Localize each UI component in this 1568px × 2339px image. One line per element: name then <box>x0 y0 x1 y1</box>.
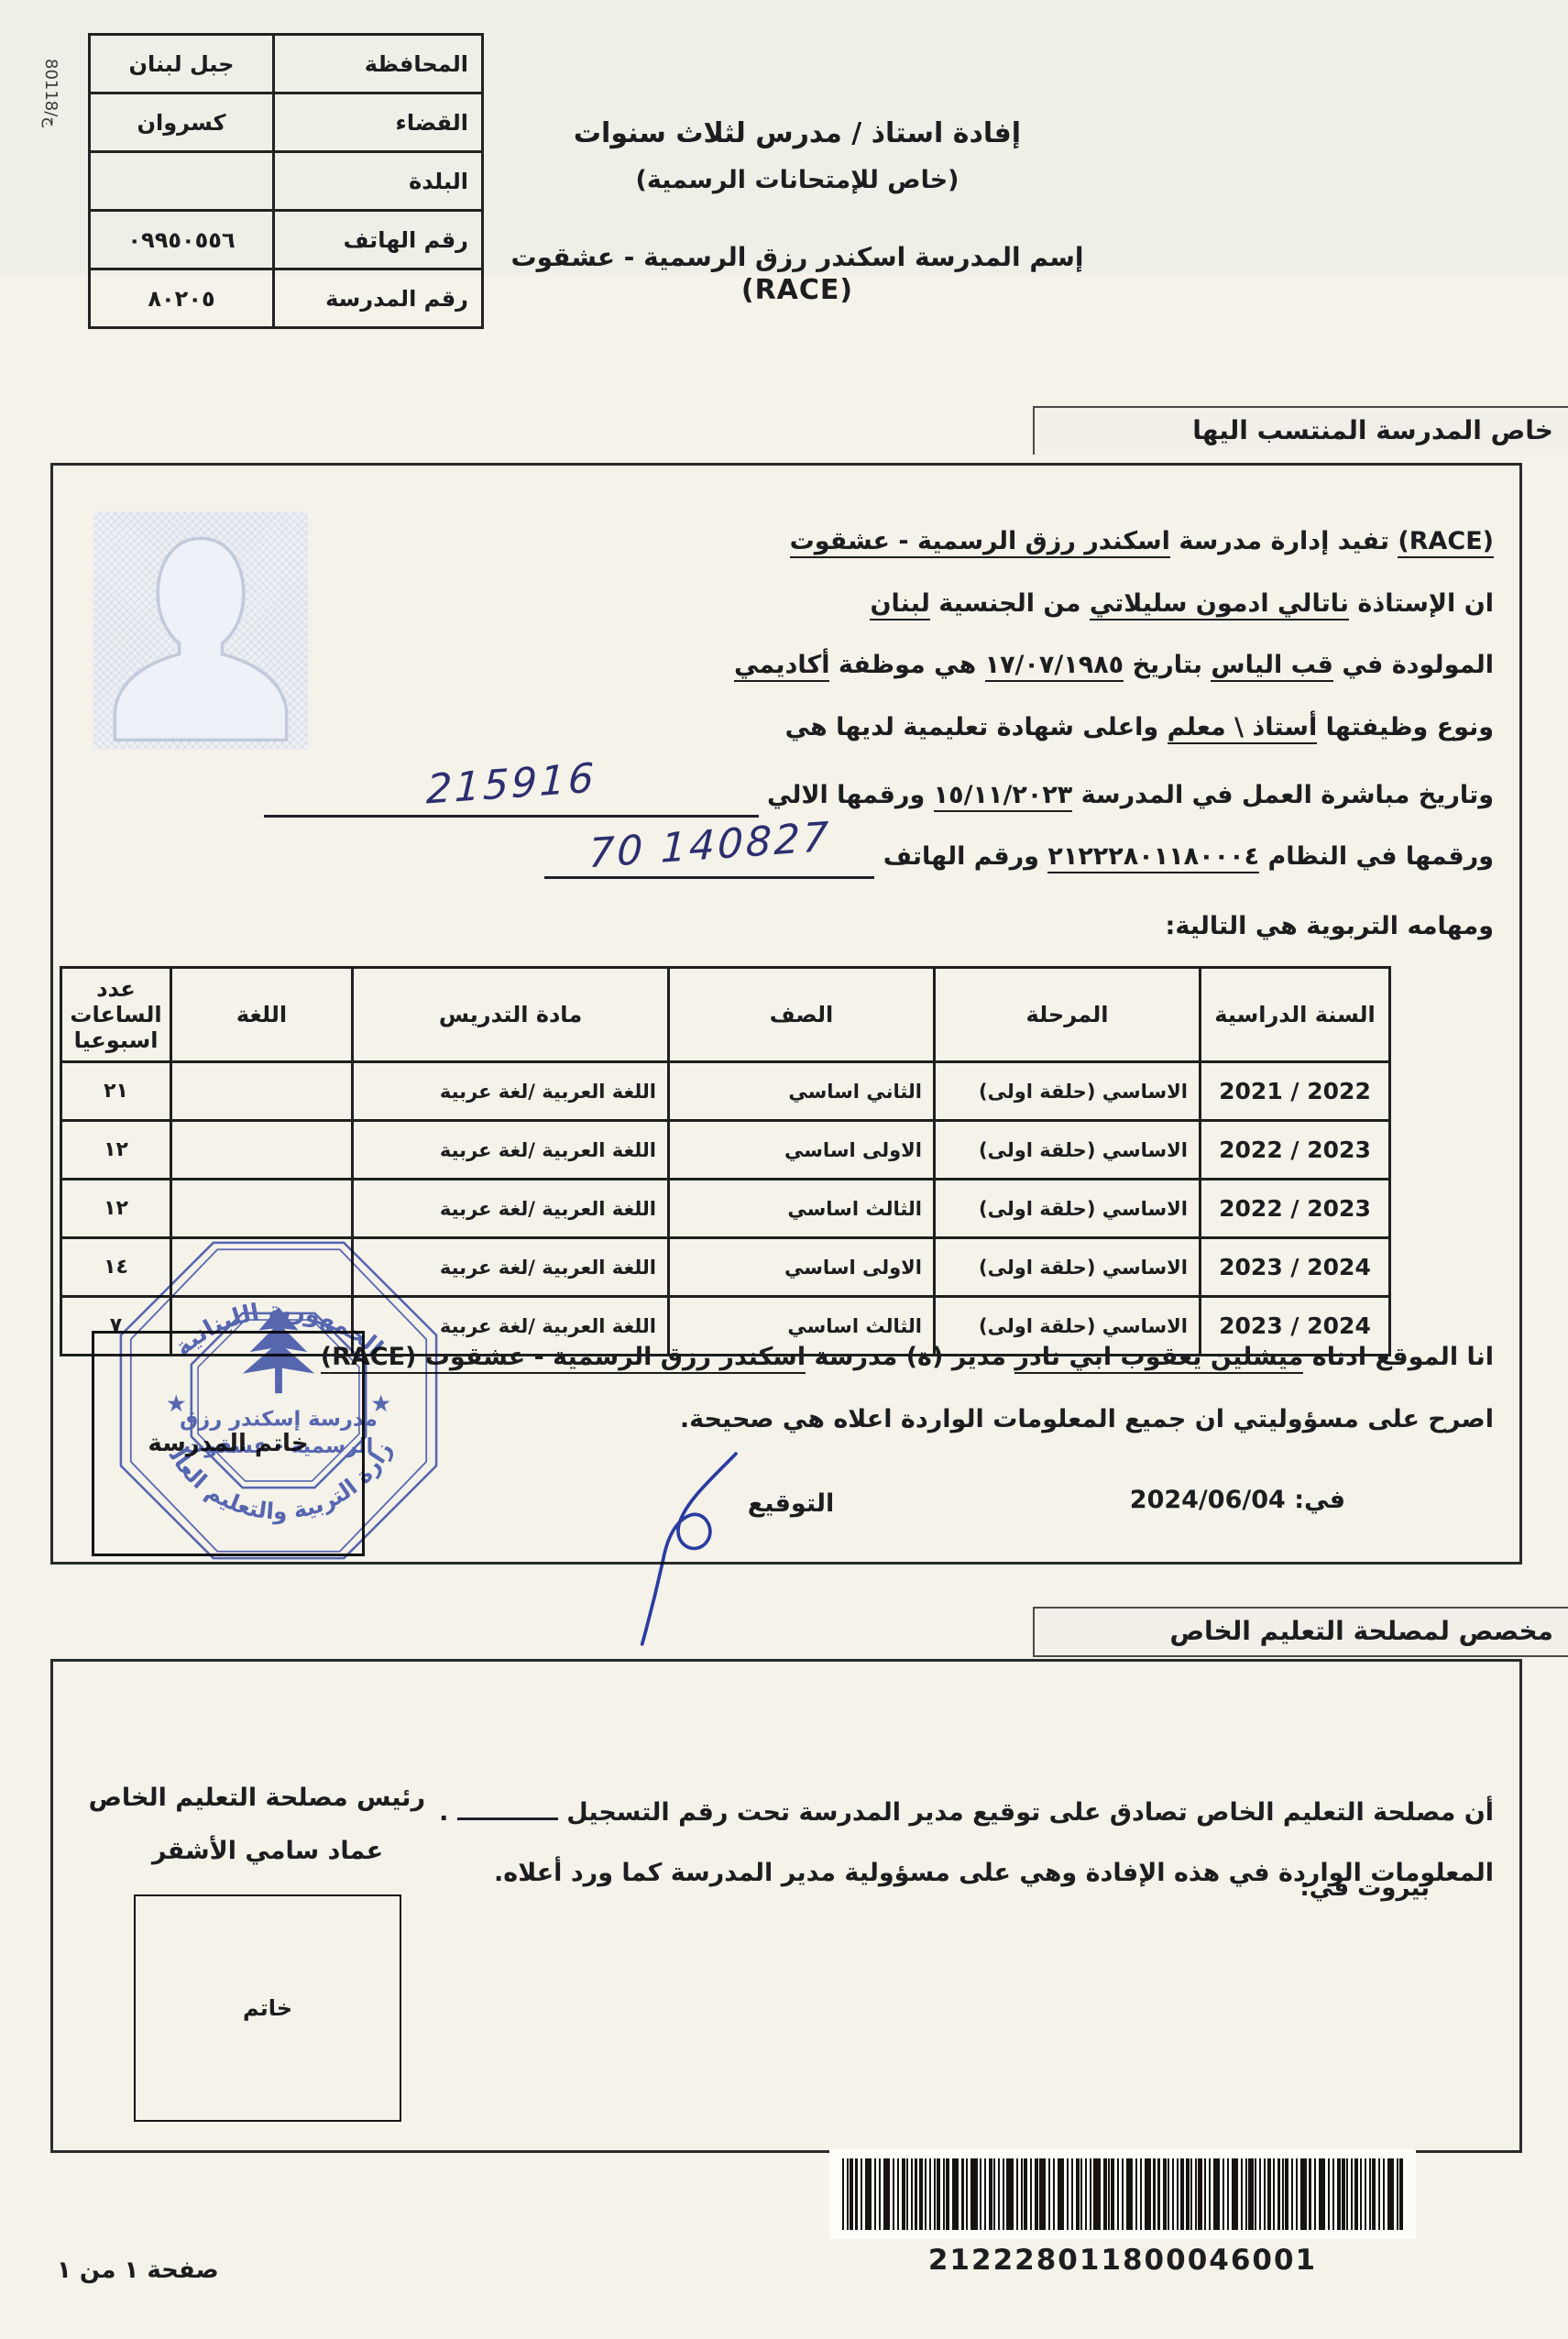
date-label: في: <box>1294 1486 1345 1514</box>
private-text-a: أن مصلحة التعليم الخاص تصادق على توقيع م… <box>566 1798 1494 1827</box>
governorate-label: المحافظة <box>274 35 483 93</box>
duties-row-2: 2022 / 2023 الاساسي (حلقة اولى) الاولى ا… <box>61 1121 1390 1180</box>
cell-year: 2021 / 2022 <box>1201 1062 1390 1121</box>
school-number-label: رقم المدرسة <box>274 269 483 328</box>
cell-year: 2022 / 2023 <box>1201 1180 1390 1238</box>
line4-text-a: ونوع وظيفتها <box>1326 713 1494 741</box>
cell-cycle: الاساسي (حلقة اولى) <box>935 1180 1201 1238</box>
teacher-photo-placeholder <box>93 511 308 750</box>
cell-year: 2022 / 2023 <box>1201 1121 1390 1180</box>
para-line-6: ورقمها في النظام ٢١٢٢٢٨٠١١٨٠٠٠٤ ورقم اله… <box>544 832 1494 879</box>
declaration-line-1: انا الموقع ادناه ميشلين يعقوب ابي نادر م… <box>321 1338 1494 1377</box>
table-row: المحافظة جبل لبنان <box>90 35 483 93</box>
town-value <box>90 152 274 211</box>
town-label: البلدة <box>274 152 483 211</box>
system-number-underlined: ٢١٢٢٢٨٠١١٨٠٠٠٤ <box>1047 842 1259 873</box>
school-number-value: ٨٠٢٠٥ <box>90 269 274 328</box>
phone-label: رقم الهاتف <box>274 211 483 269</box>
cell-class: الثاني اساسي <box>669 1062 935 1121</box>
duties-header-row: السنة الدراسية المرحلة الصف مادة التدريس… <box>61 968 1390 1062</box>
teacher-name-underlined: ناتالي ادمون سليلاتي <box>1090 589 1349 620</box>
chief-title: رئيس مصلحة التعليم الخاص <box>110 1779 425 1817</box>
duties-row-1: 2021 / 2022 الاساسي (حلقة اولى) الثاني ا… <box>61 1062 1390 1121</box>
handwritten-auto-number: 215916 <box>425 759 597 809</box>
cell-class: الثالث اساسي <box>669 1180 935 1238</box>
school-name-line: إسم المدرسة اسكندر رزق الرسمية - عشقوت <box>477 242 1118 272</box>
stamp-star-right: ★ <box>370 1390 391 1418</box>
school-acronym: (RACE) <box>477 274 1118 306</box>
line3-text-c: هي موظفة <box>839 651 976 679</box>
private-para-line-1: أن مصلحة التعليم الخاص تصادق على توقيع م… <box>439 1790 1494 1832</box>
person-silhouette-icon <box>93 511 308 750</box>
date-value: 2024/06/04 <box>1130 1486 1286 1514</box>
col-header-language: اللغة <box>171 968 353 1062</box>
table-row: البلدة <box>90 152 483 211</box>
job-type-underlined: أكاديمي <box>734 651 830 682</box>
line6-text-b: ورقم الهاتف <box>883 842 1039 871</box>
table-row: رقم المدرسة ٨٠٢٠٥ <box>90 269 483 328</box>
handwritten-signature <box>630 1451 759 1648</box>
barcode-number: 212228011800046001 <box>829 2244 1416 2277</box>
principal-name-underlined: ميشلين يعقوب ابي نادر <box>1014 1343 1303 1374</box>
private-text-period: . <box>439 1798 448 1827</box>
table-row: القضاء كسروان <box>90 93 483 152</box>
para-line-4: ونوع وظيفتها أستاذ \ معلم واعلى شهادة تع… <box>785 708 1494 747</box>
line3-text-b: بتاريخ <box>1133 651 1202 679</box>
start-date-underlined: ١٥/١١/٢٠٢٣ <box>934 781 1073 812</box>
cell-hours: ٢١ <box>61 1062 171 1121</box>
handwritten-phone: 70 140827 <box>587 818 831 874</box>
registration-number-blank <box>457 1790 558 1820</box>
decl-text-b: مدير (ة) مدرسة <box>815 1343 1006 1371</box>
cell-cycle: الاساسي (حلقة اولى) <box>935 1121 1201 1180</box>
declaration-line-2: اصرح على مسؤوليتي ان جميع المعلومات الوا… <box>680 1400 1494 1439</box>
governorate-value: جبل لبنان <box>90 35 274 93</box>
line5-text-a: وتاريخ مباشرة العمل في المدرسة <box>1081 781 1494 809</box>
birthplace-underlined: قب الياس <box>1211 651 1332 682</box>
private-education-box: أن مصلحة التعليم الخاص تصادق على توقيع م… <box>50 1659 1522 2153</box>
auto-number-blank: 215916 <box>264 771 759 818</box>
cell-cycle: الاساسي (حلقة اولى) <box>935 1238 1201 1297</box>
stamp-star-left: ★ <box>166 1390 187 1418</box>
stamp-bottom-text: وزارة التربية والتعليم العالي <box>99 1221 397 1525</box>
khatem-box: خاتم <box>134 1894 401 2122</box>
cell-language <box>171 1062 353 1121</box>
decl-text-a: انا الموقع ادناه <box>1312 1343 1494 1371</box>
district-label: القضاء <box>274 93 483 152</box>
stamp-center-line1: مدرسة إسكندر رزق <box>180 1407 378 1431</box>
barcode <box>829 2149 1416 2239</box>
phone-blank: 70 140827 <box>544 832 874 879</box>
chief-block: رئيس مصلحة التعليم الخاص عماد سامي الأشق… <box>110 1779 425 2122</box>
cell-language <box>171 1121 353 1180</box>
section-school-bar: خاص المدرسة المنتسب اليها <box>1033 406 1568 455</box>
position-underlined: أستاذ \ معلم <box>1168 713 1318 744</box>
para-line-3: المولودة في قب الياس بتاريخ ١٧/٠٧/١٩٨٥ ه… <box>734 646 1494 685</box>
phone-value: ٠٩٩٥٠٥٥٦ <box>90 211 274 269</box>
col-header-subject: مادة التدريس <box>353 968 669 1062</box>
line3-text-a: المولودة في <box>1342 651 1494 679</box>
col-header-year: السنة الدراسية <box>1201 968 1390 1062</box>
cell-cycle: الاساسي (حلقة اولى) <box>935 1062 1201 1121</box>
race-underlined: (RACE) <box>1398 527 1494 558</box>
school-info-table: المحافظة جبل لبنان القضاء كسروان البلدة … <box>88 33 484 329</box>
khatem-label: خاتم <box>243 1995 292 2021</box>
line5-text-b: ورقمها الالي <box>767 781 925 809</box>
col-header-class: الصف <box>669 968 935 1062</box>
para-line-5: وتاريخ مباشرة العمل في المدرسة ١٥/١١/٢٠٢… <box>264 771 1494 818</box>
document-header: إفادة استاذ / مدرس لثلاث سنوات (خاص للإم… <box>477 117 1118 306</box>
document-title: إفادة استاذ / مدرس لثلاث سنوات <box>477 117 1118 149</box>
chief-name: عماد سامي الأشقر <box>110 1832 425 1871</box>
barcode-bars <box>842 2158 1403 2230</box>
line1-text: تفيد إدارة مدرسة <box>1179 527 1389 555</box>
cell-class: الاولى اساسي <box>669 1238 935 1297</box>
ministry-octagon-stamp: الجمهورية اللبنانية وزارة التربية والتعل… <box>99 1221 458 1580</box>
cell-hours: ١٢ <box>61 1121 171 1180</box>
nationality-underlined: لبنان <box>870 589 929 620</box>
section-private-bar: مخصص لمصلحة التعليم الخاص <box>1033 1607 1568 1657</box>
table-row: رقم الهاتف ٠٩٩٥٠٥٥٦ <box>90 211 483 269</box>
page-number-footer: صفحة ١ من ١ <box>57 2257 219 2284</box>
side-reference-code: 80118/ج <box>41 59 60 127</box>
cell-subject: اللغة العربية /لغة عربية <box>353 1062 669 1121</box>
scanned-document-page: 80118/ج المحافظة جبل لبنان القضاء كسروان… <box>0 0 1568 2339</box>
date-field: في: 2024/06/04 <box>1130 1481 1345 1520</box>
cell-year: 2023 / 2024 <box>1201 1238 1390 1297</box>
col-header-hours: عدد الساعات اسبوعيا <box>61 968 171 1062</box>
birthdate-underlined: ١٧/٠٧/١٩٨٥ <box>985 651 1124 682</box>
para-line-2: ان الإستاذة ناتالي ادمون سليلاتي من الجن… <box>870 585 1494 623</box>
line2-text-a: ان الإستاذة <box>1357 589 1494 618</box>
line4-text-b: واعلى شهادة تعليمية لديها هي <box>785 713 1159 741</box>
cell-subject: اللغة العربية /لغة عربية <box>353 1121 669 1180</box>
beirut-date-label: بيروت في: <box>1299 1874 1430 1902</box>
duties-title: ومهامه التربوية هي التالية: <box>1166 907 1494 946</box>
col-header-cycle: المرحلة <box>935 968 1201 1062</box>
cell-class: الاولى اساسي <box>669 1121 935 1180</box>
school-name-underlined: اسكندر رزق الرسمية - عشقوت <box>790 527 1170 558</box>
line2-text-b: من الجنسية <box>938 589 1080 618</box>
document-subtitle: (خاص للإمتحانات الرسمية) <box>477 166 1118 194</box>
district-value: كسروان <box>90 93 274 152</box>
para-line-1: (RACE) تفيد إدارة مدرسة اسكندر رزق الرسم… <box>790 522 1494 561</box>
stamp-center-line2: الرسمية - عشقوت <box>184 1434 374 1458</box>
line6-text-a: ورقمها في النظام <box>1267 842 1494 871</box>
